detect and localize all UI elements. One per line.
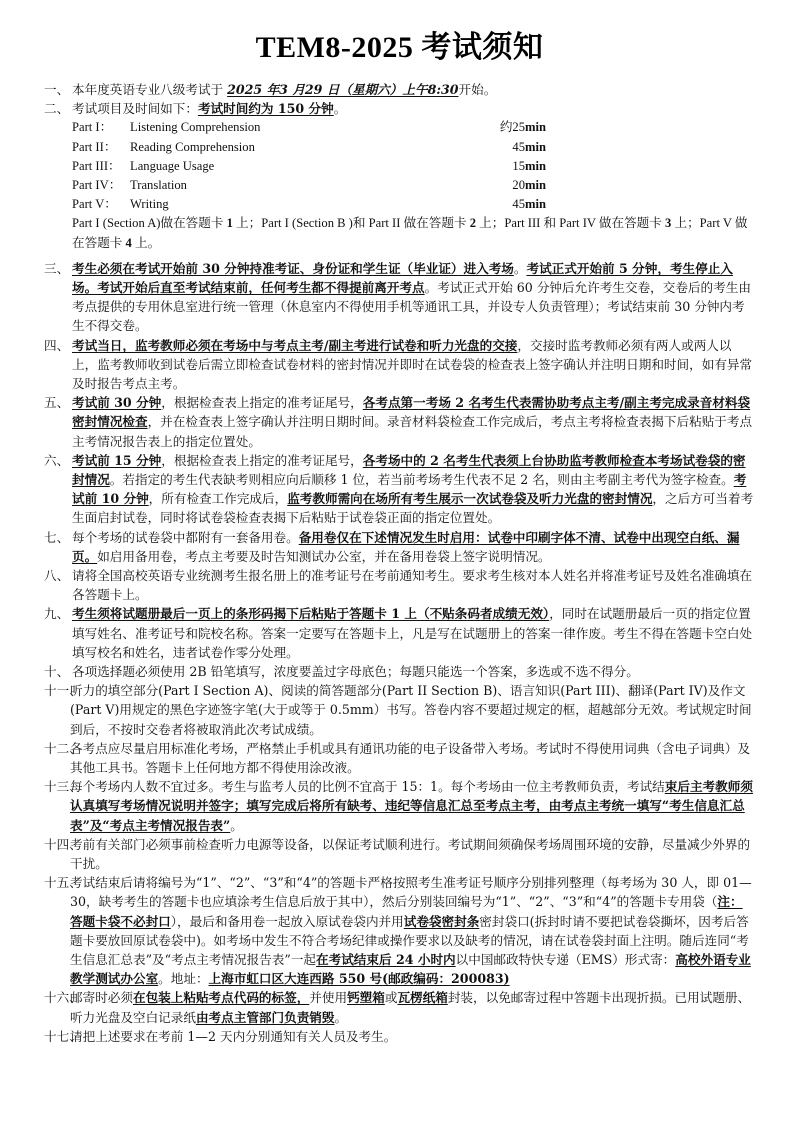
emphasized-text: 在考试结束后 24 小时内 <box>316 952 456 967</box>
item-number: 三、 <box>44 259 72 278</box>
body-text: Part I (Section A)做在答题卡 <box>72 216 227 230</box>
body-text: ），最后和备用卷一起放入原试卷袋内并用 <box>171 914 404 929</box>
emphasized-text: 上海市虹口区大连西路 550 号(邮政编码：200083) <box>209 971 510 986</box>
item-number: 十四、 <box>44 835 70 854</box>
item-number: 十、 <box>44 662 72 681</box>
item-number: 十七、 <box>44 1027 70 1046</box>
body-text: ，所有检查工作完成后， <box>149 491 288 506</box>
body-text: ，根据检查表上指定的准考证尾号， <box>161 395 363 410</box>
body-text: 听力的填空部分(Part I Section A)、阅读的简答题部分(Part … <box>70 683 752 736</box>
item-text: 考生必须在考试开始前 30 分钟持准考证、身份证和学生证（毕业证）进入考场。考试… <box>72 261 751 334</box>
item-text: 请将全国高校英语专业统测考生报名册上的准考证号在考前通知考生。要求考生核对本人姓… <box>72 568 752 602</box>
notice-item: 四、考试当日，监考教师必须在考场中与考点主考/副主考进行试卷和听力光盘的交接，交… <box>44 336 754 394</box>
body-text: 。 <box>514 261 527 276</box>
part-label: Part I： <box>72 118 130 137</box>
part-label: Part IV： <box>72 176 130 195</box>
item-number: 七、 <box>44 528 72 547</box>
notice-item: 八、请将全国高校英语专业统测考生报名册上的准考证号在考前通知考生。要求考生核对本… <box>44 566 754 604</box>
duration-unit: min <box>525 178 546 192</box>
exam-part-row: Part IV：Translation20min <box>72 176 754 195</box>
body-text: 并使用 <box>309 990 347 1005</box>
body-text: 考前有关部门必须事前检查听力电源等设备，以保证考试顺利进行。考试期间须确保考场周… <box>70 837 750 871</box>
emphasized-text: 考试前 30 分钟 <box>72 395 161 410</box>
body-text: 考试结束后请将编号为“1”、“2”、“3”和“4”的答题卡严格按照考生准考证号顺… <box>70 875 752 909</box>
item-text: 考生须将试题册最后一页上的条形码揭下后粘贴于答题卡 1 上（不贴条码者成绩无效）… <box>72 606 752 659</box>
body-text: 。 <box>230 818 243 833</box>
item-number: 五、 <box>44 393 72 412</box>
body-text: 上；Part III 和 Part IV 做在答题卡 <box>476 216 665 230</box>
item-text: 邮寄时必须在包装上粘贴考点代码的标签，并使用钙塑箱或瓦楞纸箱封装，以免邮寄过程中… <box>70 990 750 1024</box>
emphasized-text: 考试当日，监考教师必须在考场中与考点主考/副主考进行试卷和听力光盘的交接 <box>72 338 517 353</box>
item-number: 六、 <box>44 451 72 470</box>
exam-parts-table: Part I：Listening Comprehension约25minPart… <box>44 118 754 252</box>
item-text: 请把上述要求在考前 1—2 天内分别通知有关人员及考生。 <box>70 1029 396 1044</box>
body-text: 每个考场内人数不宜过多。考生与监考人员的比例不宜高于 15：1。每个考场由一位主… <box>70 779 665 794</box>
part-name: Language Usage <box>130 157 468 176</box>
part-name: Writing <box>130 195 468 214</box>
duration-unit: min <box>525 159 546 173</box>
body-text: 如启用备用卷，考点主考要及时告知测试办公室，并在备用卷袋上签字说明情况。 <box>97 549 550 564</box>
part-duration: 15min <box>468 157 546 176</box>
notice-item: 十七、请把上述要求在考前 1—2 天内分别通知有关人员及考生。 <box>44 1027 754 1046</box>
duration-value: 45 <box>512 140 525 154</box>
notice-item: 十二、各考点应尽量启用标准化考场，严格禁止手机或具有通讯功能的电子设备带入考场。… <box>44 739 754 777</box>
item-number: 四、 <box>44 336 72 355</box>
item-number: 十六、 <box>44 988 70 1007</box>
exam-part-row: Part II：Reading Comprehension45min <box>72 138 754 157</box>
duration-value: 15 <box>512 159 525 173</box>
item-text: 本年度英语专业八级考试于 2025 年3 月29 日（星期六）上午8:30开始。 <box>72 82 496 97</box>
body-text: 上。 <box>132 236 160 250</box>
part-duration: 约25min <box>468 118 546 137</box>
notice-item: 十四、考前有关部门必须事前检查听力电源等设备，以保证考试顺利进行。考试期间须确保… <box>44 835 754 873</box>
exam-part-row: Part V：Writing45min <box>72 195 754 214</box>
duration-value: 约25 <box>500 120 525 134</box>
notice-item: 十五、考试结束后请将编号为“1”、“2”、“3”和“4”的答题卡严格按照考生准考… <box>44 873 754 988</box>
item-number: 十一、 <box>44 681 70 700</box>
item-text: 考试当日，监考教师必须在考场中与考点主考/副主考进行试卷和听力光盘的交接，交接时… <box>72 338 752 391</box>
part-label: Part III： <box>72 157 130 176</box>
emphasized-text: 由考点主管部门负责销毁 <box>196 1010 335 1025</box>
body-text: 以中国邮政特快专递（EMS）形式寄： <box>456 952 676 967</box>
notice-item: 六、考试前 15 分钟，根据检查表上指定的准考证尾号，各考场中的 2 名考生代表… <box>44 451 754 528</box>
part-name: Translation <box>130 176 468 195</box>
item-text: 考试前 30 分钟，根据检查表上指定的准考证尾号，各考点第一考场 2 名考生代表… <box>72 395 752 448</box>
exam-parts-rows: Part I：Listening Comprehension约25minPart… <box>72 118 754 214</box>
body-text: ，根据检查表上指定的准考证尾号， <box>161 453 363 468</box>
notice-item: 五、考试前 30 分钟，根据检查表上指定的准考证尾号，各考点第一考场 2 名考生… <box>44 393 754 451</box>
document-page: TEM8-2025 考试须知 一、本年度英语专业八级考试于 2025 年3 月2… <box>0 0 799 1131</box>
item-text: 考试结束后请将编号为“1”、“2”、“3”和“4”的答题卡严格按照考生准考证号顺… <box>70 875 752 986</box>
notice-item: 十三、每个考场内人数不宜过多。考生与监考人员的比例不宜高于 15：1。每个考场由… <box>44 777 754 835</box>
body-text: 开始。 <box>459 82 497 97</box>
emphasized-text: 试卷袋密封条 <box>404 914 480 929</box>
body-text: 考试项目及时间如下： <box>72 101 198 116</box>
item-text: 考试前 15 分钟，根据检查表上指定的准考证尾号，各考场中的 2 名考生代表须上… <box>72 453 753 526</box>
notice-item: 九、考生须将试题册最后一页上的条形码揭下后粘贴于答题卡 1 上（不贴条码者成绩无… <box>44 604 754 662</box>
emphasized-text: 2025 年3 月29 日（星期六）上午8:30 <box>227 82 458 97</box>
duration-unit: min <box>525 197 546 211</box>
body-text: 。 <box>334 1010 347 1025</box>
emphasized-text: 考试时间约为 150 分钟 <box>198 101 334 116</box>
notice-item: 十六、邮寄时必须在包装上粘贴考点代码的标签，并使用钙塑箱或瓦楞纸箱封装，以免邮寄… <box>44 988 754 1026</box>
duration-value: 45 <box>512 197 525 211</box>
item-number: 八、 <box>44 566 72 585</box>
body-text: 上；Part I (Section B )和 Part II 做在答题卡 <box>233 216 470 230</box>
body-text: 。地址： <box>158 971 208 986</box>
body-text: 。若指定的考生代表缺考则相应向后顺移 1 位，若当前考场考生代表不足 2 名，则… <box>110 472 734 487</box>
item-text: 考试项目及时间如下：考试时间约为 150 分钟。 <box>72 101 346 116</box>
item-number: 十三、 <box>44 777 70 796</box>
duration-value: 20 <box>512 178 525 192</box>
part-name: Listening Comprehension <box>130 118 468 137</box>
part-duration: 20min <box>468 176 546 195</box>
notice-item: 一、本年度英语专业八级考试于 2025 年3 月29 日（星期六）上午8:30开… <box>44 80 754 99</box>
part-duration: 45min <box>468 138 546 157</box>
notice-item: 二、考试项目及时间如下：考试时间约为 150 分钟。 <box>44 99 754 118</box>
item-text: 每个考场的试卷袋中都附有一套备用卷。备用卷仅在下述情况发生时启用：试卷中印刷字体… <box>72 530 739 564</box>
notice-list: 一、本年度英语专业八级考试于 2025 年3 月29 日（星期六）上午8:30开… <box>44 80 754 1046</box>
item-number: 一、 <box>44 80 72 99</box>
emphasized-text: 考生必须在考试开始前 30 分钟持准考证、身份证和学生证（毕业证）进入考场 <box>72 261 514 276</box>
body-text: 各考点应尽量启用标准化考场，严格禁止手机或具有通讯功能的电子设备带入考场。考试时… <box>70 741 750 775</box>
duration-unit: min <box>525 140 546 154</box>
part-name: Reading Comprehension <box>130 138 468 157</box>
emphasized-text: 考试前 15 分钟 <box>72 453 161 468</box>
duration-unit: min <box>525 120 546 134</box>
notice-items-main: 三、考生必须在考试开始前 30 分钟持准考证、身份证和学生证（毕业证）进入考场。… <box>44 259 754 1046</box>
notice-items-top: 一、本年度英语专业八级考试于 2025 年3 月29 日（星期六）上午8:30开… <box>44 80 754 118</box>
item-text: 各考点应尽量启用标准化考场，严格禁止手机或具有通讯功能的电子设备带入考场。考试时… <box>70 741 750 775</box>
notice-item: 七、每个考场的试卷袋中都附有一套备用卷。备用卷仅在下述情况发生时启用：试卷中印刷… <box>44 528 754 566</box>
body-text: ，并在检查表上签字确认并注明日期时间。录音材料袋检查工作完成后，考点主考将检查表… <box>72 414 752 448</box>
part-label: Part II： <box>72 138 130 157</box>
body-text: 本年度英语专业八级考试于 <box>72 82 227 97</box>
body-text: 请把上述要求在考前 1—2 天内分别通知有关人员及考生。 <box>70 1029 396 1044</box>
emphasized-text: 瓦楞纸箱 <box>397 990 447 1005</box>
page-title: TEM8-2025 考试须知 <box>0 22 799 66</box>
item-number: 二、 <box>44 99 72 118</box>
item-number: 十二、 <box>44 739 70 758</box>
part-label: Part V： <box>72 195 130 214</box>
exam-part-row: Part III：Language Usage15min <box>72 157 754 176</box>
notice-item: 三、考生必须在考试开始前 30 分钟持准考证、身份证和学生证（毕业证）进入考场。… <box>44 259 754 336</box>
notice-item: 十一、听力的填空部分(Part I Section A)、阅读的简答题部分(Pa… <box>44 681 754 739</box>
emphasized-text: 监考教师需向在场所有考生展示一次试卷袋及听力光盘的密封情况 <box>287 491 652 506</box>
part-duration: 45min <box>468 195 546 214</box>
emphasized-text: 考生须将试题册最后一页上的条形码揭下后粘贴于答题卡 1 上（不贴条码者成绩无效） <box>72 606 549 621</box>
item-text: 各项选择题必须使用 2B 铅笔填写，浓度要盖过字母底色；每题只能选一个答案，多选… <box>72 664 639 679</box>
body-text: 。 <box>334 101 347 116</box>
body-text: 请将全国高校英语专业统测考生报名册上的准考证号在考前通知考生。要求考生核对本人姓… <box>72 568 752 602</box>
body-text: 各项选择题必须使用 2B 铅笔填写，浓度要盖过字母底色；每题只能选一个答案，多选… <box>72 664 639 679</box>
body-text: 每个考场的试卷袋中都附有一套备用卷。 <box>72 530 299 545</box>
item-number: 九、 <box>44 604 72 623</box>
answer-sheet-note: Part I (Section A)做在答题卡 1 上；Part I (Sect… <box>72 214 754 252</box>
emphasized-text: 在包装上粘贴考点代码的标签， <box>133 990 309 1005</box>
exam-part-row: Part I：Listening Comprehension约25min <box>72 118 754 137</box>
notice-item: 十、各项选择题必须使用 2B 铅笔填写，浓度要盖过字母底色；每题只能选一个答案，… <box>44 662 754 681</box>
emphasized-text: 钙塑箱 <box>347 990 385 1005</box>
item-text: 考前有关部门必须事前检查听力电源等设备，以保证考试顺利进行。考试期间须确保考场周… <box>70 837 750 871</box>
body-text: 或 <box>385 990 398 1005</box>
item-text: 听力的填空部分(Part I Section A)、阅读的简答题部分(Part … <box>70 683 752 736</box>
item-number: 十五、 <box>44 873 70 892</box>
item-text: 每个考场内人数不宜过多。考生与监考人员的比例不宜高于 15：1。每个考场由一位主… <box>70 779 753 832</box>
